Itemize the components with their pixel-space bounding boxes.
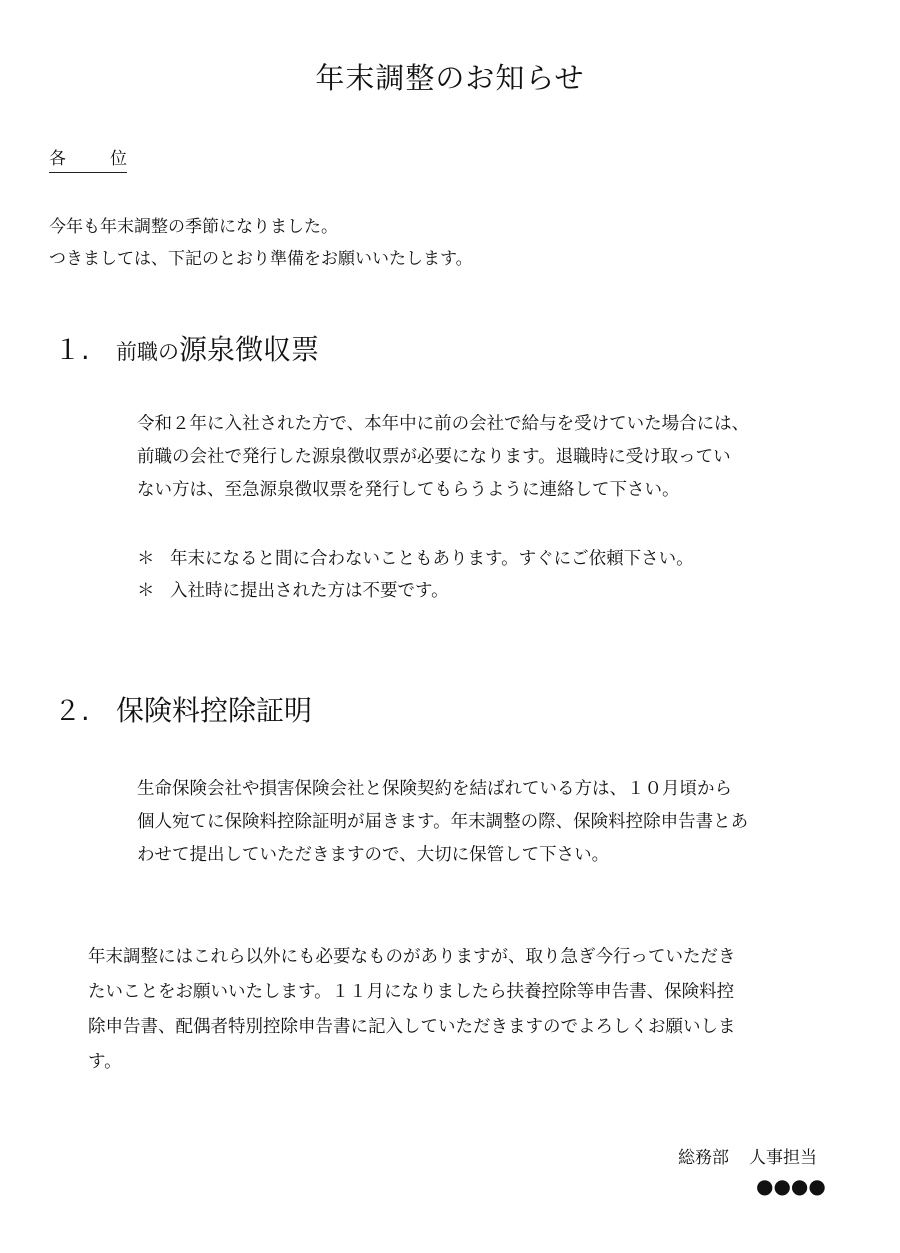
department-name: 総務部 [678, 1148, 729, 1168]
paragraph-line: たいことをお願いいたします。１１月になりましたら扶養控除等申告書、保険料控 [88, 975, 736, 1010]
note-text: 入社時に提出された方は不要です。 [170, 581, 449, 601]
note-item: ＊入社時に提出された方は不要です。 [137, 575, 694, 607]
section-heading-withholding-slip: １.前職の源泉徴収票 [54, 328, 319, 368]
paragraph-line: 生命保険会社や損害保険会社と保険契約を結ばれている方は、１０月頃から [137, 773, 748, 806]
asterisk-bullet-icon: ＊ [137, 543, 170, 575]
paragraph-line: す。 [88, 1045, 736, 1080]
addressee: 各位 [49, 148, 127, 173]
section-heading-prefix: 前職の [116, 340, 179, 364]
section-2-paragraph: 生命保険会社や損害保険会社と保険契約を結ばれている方は、１０月頃から 個人宛てに… [137, 773, 748, 872]
section-number: １. [54, 328, 116, 367]
section-1-notes: ＊年末になると間に合わないこともあります。すぐにご依頼下さい。 ＊入社時に提出さ… [137, 543, 694, 607]
signature-department: 総務部人事担当 [678, 1143, 817, 1168]
section-heading-main: 源泉徴収票 [179, 333, 319, 366]
intro-line: つきましては、下記のとおり準備をお願いいたします。 [49, 243, 473, 275]
department-role: 人事担当 [749, 1148, 817, 1168]
intro-paragraph: 今年も年末調整の季節になりました。 つきましては、下記のとおり準備をお願いいたし… [49, 211, 473, 275]
paragraph-line: ない方は、至急源泉徴収票を発行してもらうように連絡して下さい。 [137, 474, 749, 507]
asterisk-bullet-icon: ＊ [137, 575, 170, 607]
signature-name: ●●●● [756, 1174, 826, 1198]
addressee-part1: 各 [49, 149, 66, 169]
addressee-part2: 位 [110, 149, 127, 169]
paragraph-line: 年末調整にはこれら以外にも必要なものがありますが、取り急ぎ今行っていただき [88, 940, 736, 975]
section-heading-main: 保険料控除証明 [116, 694, 312, 727]
section-heading-insurance-certificate: ２.保険料控除証明 [54, 689, 312, 729]
section-1-paragraph: 令和２年に入社された方で、本年中に前の会社で給与を受けていた場合には、 前職の会… [137, 408, 749, 507]
intro-line: 今年も年末調整の季節になりました。 [49, 211, 473, 243]
closing-paragraph: 年末調整にはこれら以外にも必要なものがありますが、取り急ぎ今行っていただき たい… [88, 940, 736, 1080]
note-item: ＊年末になると間に合わないこともあります。すぐにご依頼下さい。 [137, 543, 694, 575]
note-text: 年末になると間に合わないこともあります。すぐにご依頼下さい。 [170, 549, 694, 569]
paragraph-line: 令和２年に入社された方で、本年中に前の会社で給与を受けていた場合には、 [137, 408, 749, 441]
paragraph-line: 除申告書、配偶者特別控除申告書に記入していただきますのでよろしくお願いしま [88, 1010, 736, 1045]
paragraph-line: わせて提出していただきますので、大切に保管して下さい。 [137, 839, 748, 872]
paragraph-line: 個人宛てに保険料控除証明が届きます。年末調整の際、保険料控除申告書とあ [137, 806, 748, 839]
paragraph-line: 前職の会社で発行した源泉徴収票が必要になります。退職時に受け取ってい [137, 441, 749, 474]
section-number: ２. [54, 689, 116, 728]
document-title: 年末調整のお知らせ [0, 56, 900, 97]
